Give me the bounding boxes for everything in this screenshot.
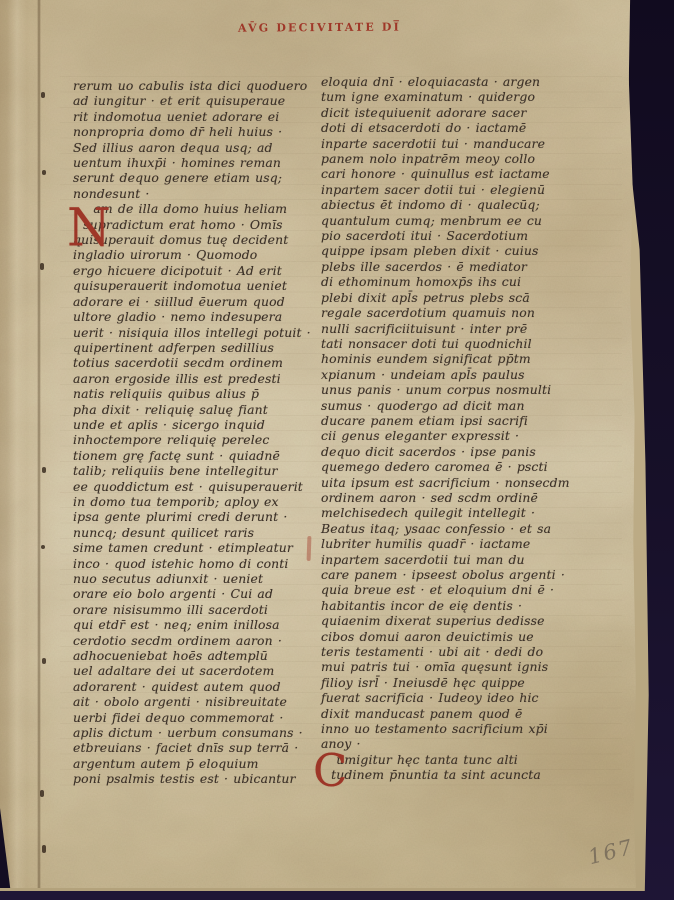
manuscript-text-line: nonpropria domo dr̄ heli huius · — [73, 124, 321, 139]
manuscript-text-line: xpianum · undeiam apl̄s paulus — [321, 367, 577, 382]
manuscript-text-line: tionem grę factę sunt · quiadnē — [73, 448, 321, 463]
manuscript-text-line: sumus · quodergo ad dicit man — [321, 398, 577, 413]
manuscript-text-line: nuncq; desunt quilicet raris — [73, 525, 321, 540]
manuscript-text-line: quemego dedero caromea ē · pscti — [321, 459, 577, 474]
manuscript-text-line: cerdotio secdm ordinem aaron · — [73, 633, 321, 648]
manuscript-text-line: adorarent · quidest autem quod — [73, 679, 321, 694]
manuscript-text-line: cari honore · quinullus est iactame — [321, 166, 577, 181]
manuscript-photo: { "manuscript": { "running_title": "AV̄G… — [0, 0, 674, 900]
manuscript-text-line: inco · quod istehic homo di conti — [73, 556, 321, 571]
manuscript-text-line: habitantis incor de eię dentis · — [321, 598, 577, 613]
binding-stitch — [42, 467, 46, 473]
manuscript-text-line: quia breue est · et eloquium dni ē · — [321, 582, 577, 597]
manuscript-text-line: natis reliquiis quibus alius p̄ — [73, 386, 321, 401]
drop-initial-n: N — [67, 202, 111, 254]
manuscript-text-line: pha dixit · reliquię saluę fiant — [73, 402, 321, 417]
manuscript-text-line: adhocueniebat hoēs adtemplū — [73, 648, 321, 663]
manuscript-text-line: regale sacerdotium quamuis non — [321, 305, 577, 320]
manuscript-text-line: fuerat sacrificia · Iudeoy ideo hic — [321, 690, 577, 705]
manuscript-text-line: ipsa gente plurimi credi derunt · — [73, 509, 321, 524]
manuscript-text-line: Sed illius aaron dequa usq; ad — [73, 140, 321, 155]
manuscript-text-line: plebs ille sacerdos · ē mediator — [321, 259, 577, 274]
manuscript-text-line: uita ipsum est sacrificium · nonsecdm — [321, 475, 577, 490]
manuscript-text-line: abiectus ēt indomo di · qualecūq; — [321, 197, 577, 212]
manuscript-text-line: anoy · — [321, 736, 577, 751]
manuscript-text-line: unde et aplis · sicergo inquid — [73, 417, 321, 432]
manuscript-text-line: orare eio bolo argenti · Cui ad — [73, 586, 321, 601]
manuscript-text-line: etbreuians · faciet dnīs sup terrā · — [73, 740, 321, 755]
manuscript-text-line: panem nolo inpatrēm meoy collo — [321, 151, 577, 166]
manuscript-text-line: ergo hicuere dicipotuit · Ad erit — [73, 263, 321, 278]
binding-stitch — [42, 845, 46, 853]
text-column-right: eloquia dnī · eloquiacasta · argentum ig… — [321, 74, 577, 783]
manuscript-text-line: uentum ihuxp̄i · homines reman — [73, 155, 321, 170]
manuscript-text-line: quisuperauerit indomotua ueniet — [73, 278, 321, 293]
manuscript-text-line: di ethominum homoxp̄s ihs cui — [321, 274, 577, 289]
manuscript-text-line: hominis eundem significat pp̄tm — [321, 351, 577, 366]
manuscript-text-line: sime tamen credunt · etimpleatur — [73, 540, 321, 555]
manuscript-text-line: tum igne examinatum · quidergo — [321, 89, 577, 104]
manuscript-text-line: argentum autem p̄ eloquium — [73, 756, 321, 771]
manuscript-text-line: talib; reliquiis bene intellegitur — [73, 463, 321, 478]
binding-crease — [37, 0, 41, 888]
manuscript-text-line: nulli sacrificiituisunt · inter prē — [321, 321, 577, 336]
manuscript-text-line: umigitur hęc tanta tunc alti — [321, 752, 577, 767]
manuscript-text-line: filioy isrl̄ · Ineiusdē hęc quippe — [321, 675, 577, 690]
manuscript-page: AV̄G DECIVITATE DI̅ rerum uo cabulis ist… — [0, 0, 641, 888]
manuscript-text-line: ait · obolo argenti · nisibreuitate — [73, 694, 321, 709]
manuscript-text-line: ad iungitur · et erit quisuperaue — [73, 93, 321, 108]
manuscript-text-line: cii genus eleganter expressit · — [321, 428, 577, 443]
manuscript-text-line: rit indomotua ueniet adorare ei — [73, 109, 321, 124]
manuscript-text-line: ee quoddictum est · quisuperauerit — [73, 479, 321, 494]
drop-initial-c: C — [313, 748, 347, 793]
binding-stitch — [42, 658, 46, 664]
manuscript-text-line: tudinem p̄nuntia ta sint acuncta — [321, 767, 577, 782]
binding-stitch — [40, 263, 44, 270]
manuscript-text-line: aaron ergoside illis est predesti — [73, 371, 321, 386]
manuscript-text-line: ducare panem etiam ipsi sacrifi — [321, 413, 577, 428]
manuscript-text-line: qui etdr̄ est · neq; enim inillosa — [73, 617, 321, 632]
manuscript-text-line: ordinem aaron · sed scdm ordinē — [321, 490, 577, 505]
folio-number: 167 — [586, 835, 637, 869]
manuscript-text-line: unus panis · unum corpus nosmulti — [321, 382, 577, 397]
manuscript-text-line: dicit istequiuenit adorare sacer — [321, 105, 577, 120]
manuscript-text-line: dequo dicit sacerdos · ipse panis — [321, 444, 577, 459]
binding-stitch — [41, 92, 45, 98]
manuscript-text-line: melchisedech quilegit intellegit · — [321, 505, 577, 520]
manuscript-text-line: Beatus itaq; ysaac confessio · et sa — [321, 521, 577, 536]
manuscript-text-line: rerum uo cabulis ista dici quoduero — [73, 78, 321, 93]
manuscript-text-line: plebi dixit apl̄s petrus plebs scā — [321, 290, 577, 305]
manuscript-text-line: uel adaltare dei ut sacerdotem — [73, 663, 321, 678]
text-column-left: rerum uo cabulis ista dici quodueroad iu… — [73, 78, 321, 787]
manuscript-text-line: nuo secutus adiunxit · ueniet — [73, 571, 321, 586]
manuscript-text-line: uerit · nisiquia illos intellegi potuit … — [73, 325, 321, 340]
manuscript-text-line: inpartem sacer dotii tui · elegienū — [321, 182, 577, 197]
manuscript-text-line: quipertinent adferpen sedillius — [73, 340, 321, 355]
gutter-highlight — [7, 0, 27, 888]
manuscript-text-line: aplis dictum · uerbum consumans · — [73, 725, 321, 740]
running-title: AV̄G DECIVITATE DI̅ — [238, 20, 428, 34]
manuscript-text-line: cibos domui aaron deuictimis ue — [321, 629, 577, 644]
binding-stitch — [41, 545, 45, 549]
manuscript-text-line: lubriter humilis quadr̄ · iactame — [321, 536, 577, 551]
manuscript-text-line: poni psalmis testis est · ubicantur — [73, 771, 321, 786]
manuscript-text-line: dixit manducast panem quod ē — [321, 706, 577, 721]
manuscript-text-line: inno uo testamento sacrificium xp̄i — [321, 721, 577, 736]
manuscript-text-line: pio sacerdoti itui · Sacerdotium — [321, 228, 577, 243]
binding-stitch — [40, 790, 44, 797]
manuscript-text-line: eloquia dnī · eloquiacasta · argen — [321, 74, 577, 89]
manuscript-text-line: uerbi fidei dequo commemorat · — [73, 710, 321, 725]
manuscript-text-line: inparte sacerdotii tui · manducare — [321, 136, 577, 151]
manuscript-text-line: doti di etsacerdoti do · iactamē — [321, 120, 577, 135]
manuscript-text-line: quiaenim dixerat superius dedisse — [321, 613, 577, 628]
manuscript-text-line: adorare ei · siillud ēuerum quod — [73, 294, 321, 309]
manuscript-text-line: care panem · ipseest obolus argenti · — [321, 567, 577, 582]
manuscript-text-line: quantulum cumq; menbrum ee cu — [321, 213, 577, 228]
binding-stitch — [42, 170, 46, 175]
manuscript-text-line: in domo tua temporib; aploy ex — [73, 494, 321, 509]
manuscript-text-line: inhoctempore reliquię perelec — [73, 432, 321, 447]
manuscript-text-line: orare nisisummo illi sacerdoti — [73, 602, 321, 617]
manuscript-text-line: teris testamenti · ubi ait · dedi do — [321, 644, 577, 659]
manuscript-text-line: tati nonsacer doti tui quodnichil — [321, 336, 577, 351]
manuscript-text-line: ultore gladio · nemo indesupera — [73, 309, 321, 324]
manuscript-text-line: mui patris tui · omīa quęsunt ignis — [321, 659, 577, 674]
manuscript-text-line: inpartem sacerdotii tui man du — [321, 552, 577, 567]
manuscript-text-line: quippe ipsam pleben dixit · cuius — [321, 243, 577, 258]
manuscript-text-line: totius sacerdotii secdm ordinem — [73, 355, 321, 370]
manuscript-text-line: serunt dequo genere etiam usq; — [73, 170, 321, 185]
